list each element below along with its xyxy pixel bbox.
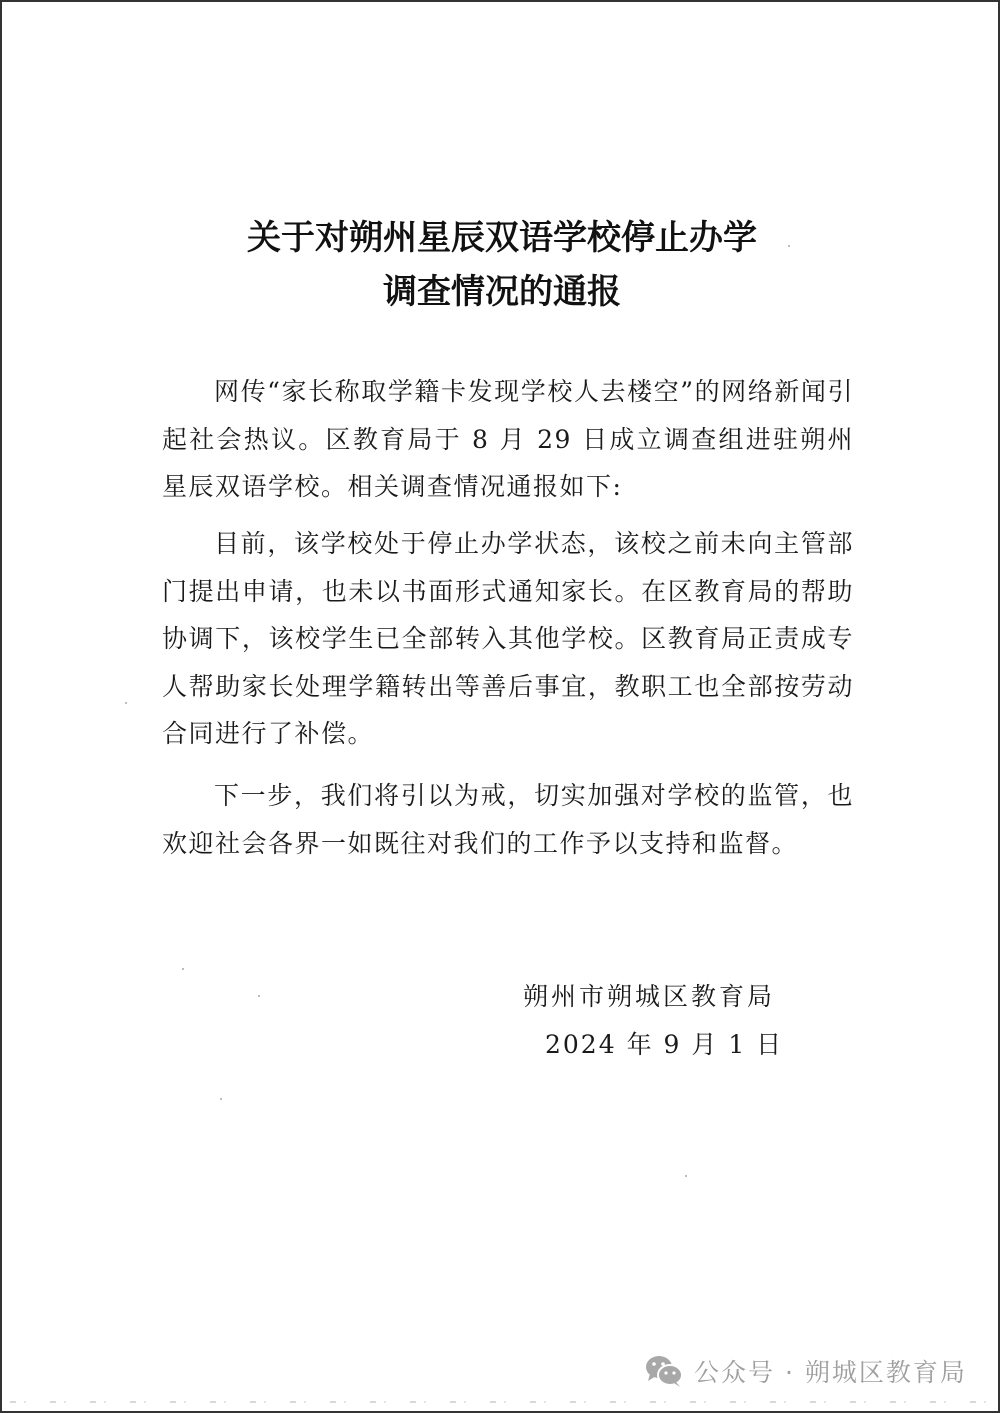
wechat-icon — [644, 1354, 684, 1388]
scan-speck — [258, 995, 260, 997]
scan-speck — [220, 1098, 222, 1100]
watermark-text: 公众号 · 朔城区教育局 — [694, 1353, 967, 1389]
document-page: 关于对朔州星辰双语学校停止办学 调查情况的通报 网传“家长称取学籍卡发现学校人去… — [0, 0, 1000, 1413]
scan-speck — [182, 968, 184, 970]
scan-speck — [788, 245, 790, 247]
paragraph-2-text: 目前，该学校处于停止办学状态，该校之前未向主管部门提出申请，也未以书面形式通知家… — [162, 520, 854, 758]
paragraph-3: 下一步，我们将引以为戒，切实加强对学校的监管，也欢迎社会各界一如既往对我们的工作… — [162, 772, 854, 867]
signature-organization: 朔州市朔城区教育局 — [523, 977, 775, 1013]
paragraph-2: 目前，该学校处于停止办学状态，该校之前未向主管部门提出申请，也未以书面形式通知家… — [162, 520, 854, 758]
wechat-watermark: 公众号 · 朔城区教育局 — [644, 1353, 967, 1389]
paragraph-1: 网传“家长称取学籍卡发现学校人去楼空”的网络新闻引起社会热议。区教育局于 8 月… — [162, 368, 854, 511]
scan-speck — [685, 1175, 687, 1177]
document-title-line-1: 关于对朔州星辰双语学校停止办学 — [2, 210, 1000, 259]
signature-date: 2024 年 9 月 1 日 — [545, 1025, 783, 1061]
paragraph-1-text: 网传“家长称取学籍卡发现学校人去楼空”的网络新闻引起社会热议。区教育局于 8 月… — [162, 368, 854, 511]
document-title-line-2: 调查情况的通报 — [2, 264, 1000, 313]
scan-speck — [125, 702, 127, 704]
scan-artifact-line — [10, 1401, 990, 1403]
paragraph-3-text: 下一步，我们将引以为戒，切实加强对学校的监管，也欢迎社会各界一如既往对我们的工作… — [162, 772, 854, 867]
